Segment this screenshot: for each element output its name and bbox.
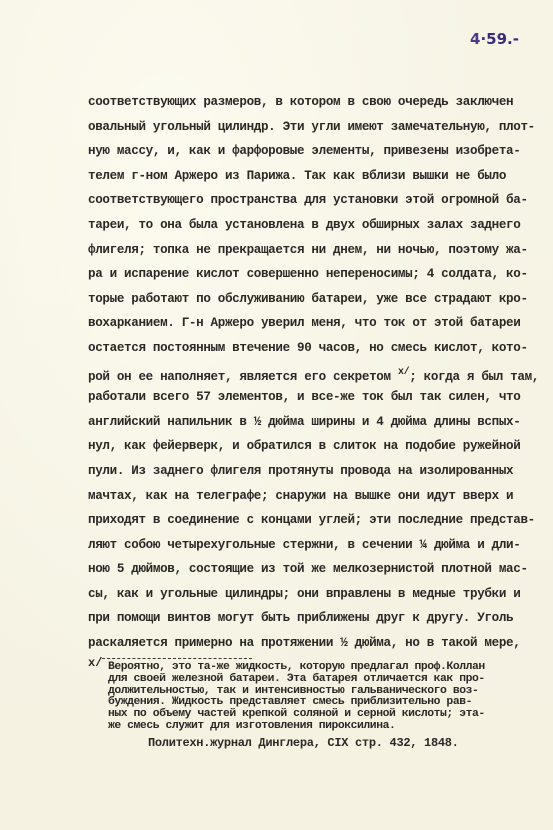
text-line: телем г-ном Аржеро из Парижа. Так как вб… (88, 164, 543, 189)
footnote-marker: x/ (88, 656, 102, 670)
text-line: флигеля; топка не прекращается ни днем, … (88, 238, 543, 263)
text-line: остается постоянным втечение 90 часов, н… (88, 336, 543, 361)
text-segment: рой он ее наполняет, является его секрет… (88, 370, 398, 384)
text-line-with-footnote-ref: рой он ее наполняет, является его секрет… (88, 361, 543, 386)
text-line: тареи, то она была установлена в двух об… (88, 213, 543, 238)
text-line: ляют собою четырехугольные стержни, в се… (88, 533, 543, 558)
text-line: ною 5 дюймов, состоящие из той же мелкоз… (88, 557, 543, 582)
footnote-line: же смесь служит для изготовления пирокси… (108, 721, 485, 733)
text-line: сы, как и угольные цилиндры; они вправле… (88, 582, 543, 607)
footnote-source-citation: Политехн.журнал Динглера, CIX стр. 432, … (148, 736, 459, 750)
body-text: соответствующих размеров, в котором в св… (88, 90, 543, 656)
text-segment: ; когда я был там, (409, 370, 539, 384)
text-line: раскаляется примерно на протяжении ½ дюй… (88, 631, 543, 656)
footnote-reference: x/ (398, 367, 409, 378)
footnote-line: для своей железной батареи. Эта батарея … (108, 674, 485, 686)
page-number-value: 59.- (486, 30, 519, 48)
text-line: работали всего 57 элементов, и все-же то… (88, 385, 543, 410)
text-line: мачтах, как на телеграфе; снаружи на выш… (88, 484, 543, 509)
text-line: ра и испарение кислот совершенно неперен… (88, 262, 543, 287)
text-line: ную массу, и, как и фарфоровые элементы,… (88, 139, 543, 164)
text-line: вохарканием. Г-н Аржеро уверил меня, что… (88, 311, 543, 336)
text-line: при помощи винтов могут быть приближены … (88, 606, 543, 631)
footnote-text: Вероятно, это та-же жидкость, которую пр… (108, 662, 485, 733)
text-line: приходят в соединение с концами углей; э… (88, 508, 543, 533)
footnote-divider (102, 658, 252, 659)
page-number: 4·59.- (470, 30, 519, 48)
text-line: соответствующих размеров, в котором в св… (88, 90, 543, 115)
text-line: английский напильник в ½ дюйма ширины и … (88, 410, 543, 435)
text-line: пули. Из заднего флигеля протянуты прово… (88, 459, 543, 484)
document-page: 4·59.- соответствующих размеров, в котор… (0, 0, 553, 830)
text-line: соответствующего пространства для устано… (88, 188, 543, 213)
text-line: торые работают по обслуживанию батареи, … (88, 287, 543, 312)
text-line: нул, как фейерверк, и обратился в слиток… (88, 434, 543, 459)
struck-page-digit: 4 (470, 30, 480, 48)
text-line: овальный угольный цилиндр. Эти угли имею… (88, 115, 543, 140)
